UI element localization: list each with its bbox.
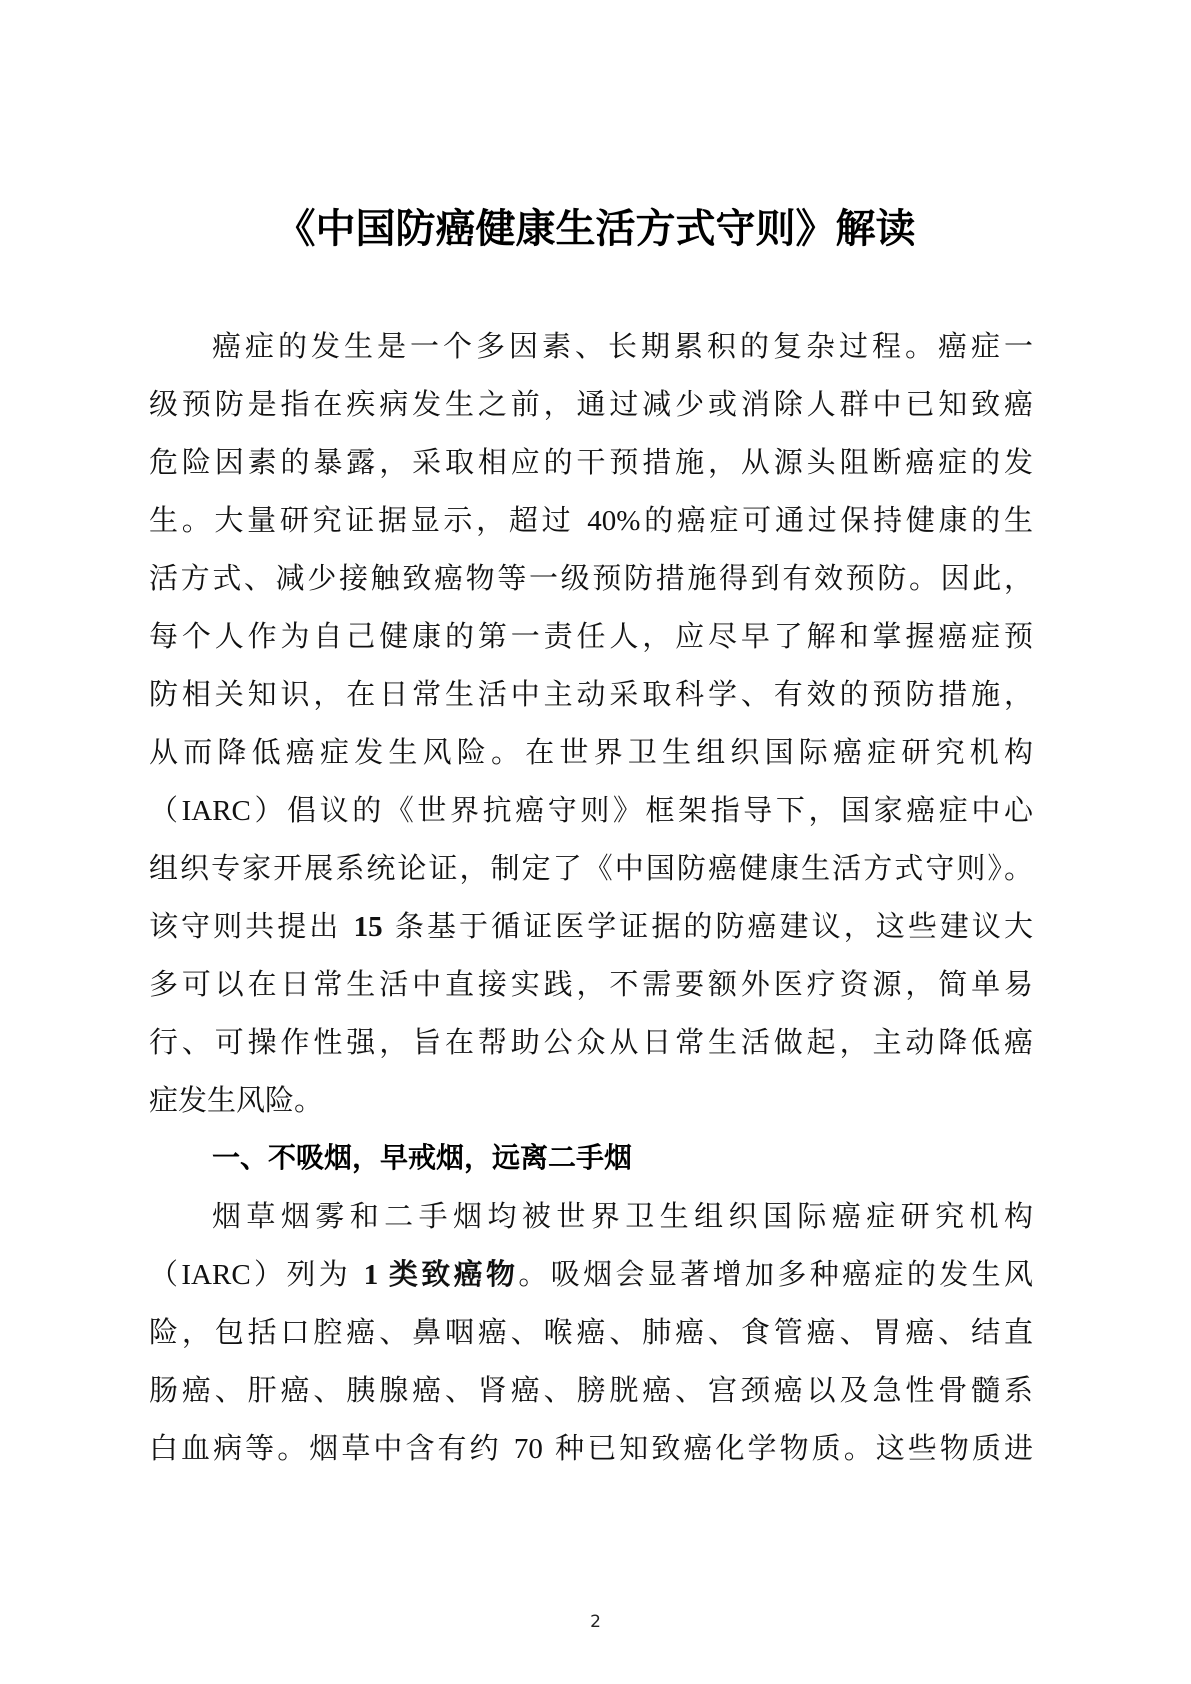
text-line: 行、可操作性强，旨在帮助公众从日常生活做起，主动降低癌 — [149, 1013, 1033, 1071]
text-segment: 危险因素的暴露，采取相应的干预措施，从源头阻断癌症的发 — [149, 445, 1033, 479]
text-segment: （ — [149, 1257, 181, 1291]
text-segment: 种已知致癌化学物质。这些物质进 — [543, 1431, 1033, 1465]
text-line: 危险因素的暴露，采取相应的干预措施，从源头阻断癌症的发 — [149, 433, 1033, 491]
text-line: 症发生风险。 — [149, 1071, 1033, 1129]
text-segment: 该守则共提出 — [149, 909, 354, 943]
text-segment: 条基于循证医学证据的防癌建议，这些建议大 — [383, 909, 1033, 943]
page-number: 2 — [0, 1612, 1191, 1632]
text-line: 多可以在日常生活中直接实践，不需要额外医疗资源，简单易 — [149, 955, 1033, 1013]
text-line: 癌症的发生是一个多因素、长期累积的复杂过程。癌症一 — [149, 317, 1033, 375]
text-line: （IARC）列为 1 类致癌物。吸烟会显著增加多种癌症的发生风 — [149, 1245, 1033, 1303]
text-line: 从而降低癌症发生风险。在世界卫生组织国际癌症研究机构 — [149, 723, 1033, 781]
text-line: 白血病等。烟草中含有约 70 种已知致癌化学物质。这些物质进 — [149, 1419, 1033, 1477]
text-segment: （ — [149, 793, 182, 827]
text-line: 生。大量研究证据显示，超过 40%的癌症可通过保持健康的生 — [149, 491, 1033, 549]
text-segment: 行、可操作性强，旨在帮助公众从日常生活做起，主动降低癌 — [149, 1025, 1033, 1059]
text-line: 险，包括口腔癌、鼻咽癌、喉癌、肺癌、食管癌、胃癌、结直 — [149, 1303, 1033, 1361]
text-line: 每个人作为自己健康的第一责任人，应尽早了解和掌握癌症预 — [149, 607, 1033, 665]
text-segment: 15 — [354, 911, 383, 943]
text-segment: 活方式、减少接触致癌物等一级预防措施得到有效预防。因此， — [149, 561, 1033, 595]
text-line: 肠癌、肝癌、胰腺癌、肾癌、膀胱癌、宫颈癌以及急性骨髓系 — [149, 1361, 1033, 1419]
document-page: 《中国防癌健康生活方式守则》解读 癌症的发生是一个多因素、长期累积的复杂过程。癌… — [0, 0, 1191, 1684]
text-line: 该守则共提出 15 条基于循证医学证据的防癌建议，这些建议大 — [149, 897, 1033, 955]
text-segment: 癌症的发生是一个多因素、长期累积的复杂过程。癌症一 — [212, 329, 1033, 363]
text-segment: 类致癌物 — [378, 1259, 518, 1291]
section-heading-1: 一、不吸烟，早戒烟，远离二手烟 — [149, 1129, 1033, 1187]
document-title: 《中国防癌健康生活方式守则》解读 — [0, 204, 1191, 254]
text-segment: 的癌症可通过保持健康的生 — [640, 503, 1033, 537]
text-segment: IARC — [181, 1259, 250, 1291]
text-segment: 白血病等。烟草中含有约 — [149, 1431, 514, 1465]
text-segment: 生。大量研究证据显示，超过 — [149, 503, 587, 537]
text-segment: 级预防是指在疾病发生之前，通过减少或消除人群中已知致癌 — [149, 387, 1033, 421]
text-line: 烟草烟雾和二手烟均被世界卫生组织国际癌症研究机构 — [149, 1187, 1033, 1245]
text-segment: 多可以在日常生活中直接实践，不需要额外医疗资源，简单易 — [149, 967, 1033, 1001]
text-segment: 每个人作为自己健康的第一责任人，应尽早了解和掌握癌症预 — [149, 619, 1033, 653]
text-segment: 40% — [587, 505, 640, 537]
text-line: （IARC）倡议的《世界抗癌守则》框架指导下，国家癌症中心 — [149, 781, 1033, 839]
text-line: 级预防是指在疾病发生之前，通过减少或消除人群中已知致癌 — [149, 375, 1033, 433]
document-body: 癌症的发生是一个多因素、长期累积的复杂过程。癌症一级预防是指在疾病发生之前，通过… — [149, 317, 1033, 1477]
text-segment: 70 — [514, 1433, 543, 1465]
text-segment: 从而降低癌症发生风险。在世界卫生组织国际癌症研究机构 — [149, 735, 1033, 769]
text-segment: 险，包括口腔癌、鼻咽癌、喉癌、肺癌、食管癌、胃癌、结直 — [149, 1315, 1033, 1349]
text-segment: 烟草烟雾和二手烟均被世界卫生组织国际癌症研究机构 — [212, 1199, 1033, 1233]
text-line: 活方式、减少接触致癌物等一级预防措施得到有效预防。因此， — [149, 549, 1033, 607]
text-line: 组织专家开展系统论证，制定了《中国防癌健康生活方式守则》。 — [149, 839, 1033, 897]
text-segment: 。吸烟会显著增加多种癌症的发生风 — [518, 1257, 1033, 1291]
text-segment: IARC — [182, 795, 251, 827]
intro-paragraph: 癌症的发生是一个多因素、长期累积的复杂过程。癌症一级预防是指在疾病发生之前，通过… — [149, 317, 1033, 1129]
text-segment: 组织专家开展系统论证，制定了《中国防癌健康生活方式守则》。 — [149, 851, 1033, 885]
text-segment: 肠癌、肝癌、胰腺癌、肾癌、膀胱癌、宫颈癌以及急性骨髓系 — [149, 1373, 1033, 1407]
text-segment: 防相关知识，在日常生活中主动采取科学、有效的预防措施， — [149, 677, 1033, 711]
text-segment: 症发生风险。 — [149, 1083, 323, 1117]
text-segment: ）列为 — [251, 1257, 364, 1291]
text-line: 防相关知识，在日常生活中主动采取科学、有效的预防措施， — [149, 665, 1033, 723]
text-segment: 1 — [364, 1259, 379, 1291]
text-segment: ）倡议的《世界抗癌守则》框架指导下，国家癌症中心 — [251, 793, 1033, 827]
section-1-paragraph: 烟草烟雾和二手烟均被世界卫生组织国际癌症研究机构（IARC）列为 1 类致癌物。… — [149, 1187, 1033, 1477]
